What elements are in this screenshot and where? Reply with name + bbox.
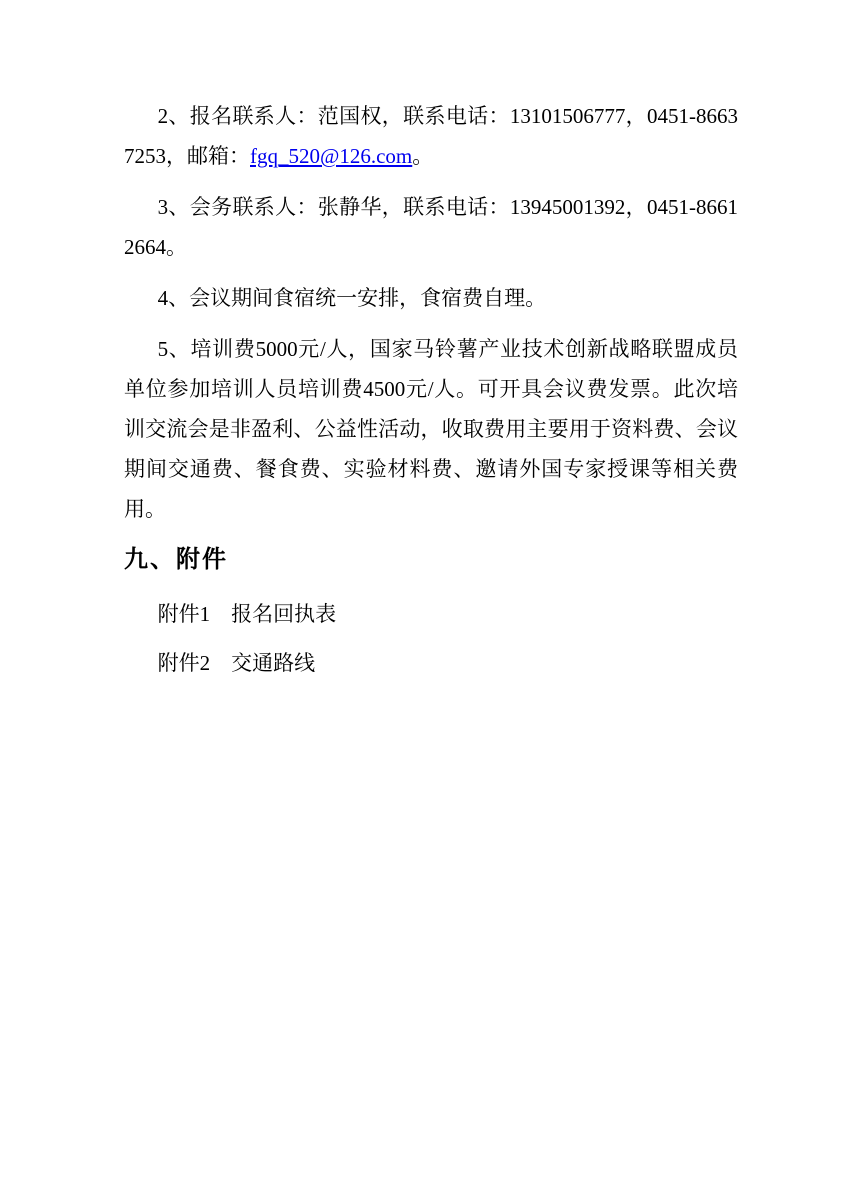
section-heading-attachments: 九、附件 (124, 540, 738, 580)
attachment-2-title: 交通路线 (231, 651, 315, 675)
attachment-2-label: 附件2 (158, 651, 211, 675)
document-page: 2、报名联系人：范国权，联系电话：13101506777，0451-866372… (0, 0, 850, 1202)
attachment-1-label: 附件1 (158, 602, 211, 626)
paragraph-training-fees: 5、培训费5000元/人，国家马铃薯产业技术创新战略联盟成员单位参加培训人员培训… (124, 329, 738, 529)
paragraph-registration-contact: 2、报名联系人：范国权，联系电话：13101506777，0451-866372… (124, 96, 738, 176)
paragraph-accommodation: 4、会议期间食宿统一安排，食宿费自理。 (124, 278, 738, 318)
paragraph-conference-contact: 3、会务联系人：张静华，联系电话：13945001392，0451-866126… (124, 187, 738, 267)
registration-contact-period: 。 (412, 144, 433, 168)
attachment-item-1: 附件1报名回执表 (124, 594, 738, 634)
attachment-item-2: 附件2交通路线 (124, 643, 738, 683)
email-link[interactable]: fgq_520@126.com (250, 144, 412, 168)
attachment-1-title: 报名回执表 (231, 602, 336, 626)
